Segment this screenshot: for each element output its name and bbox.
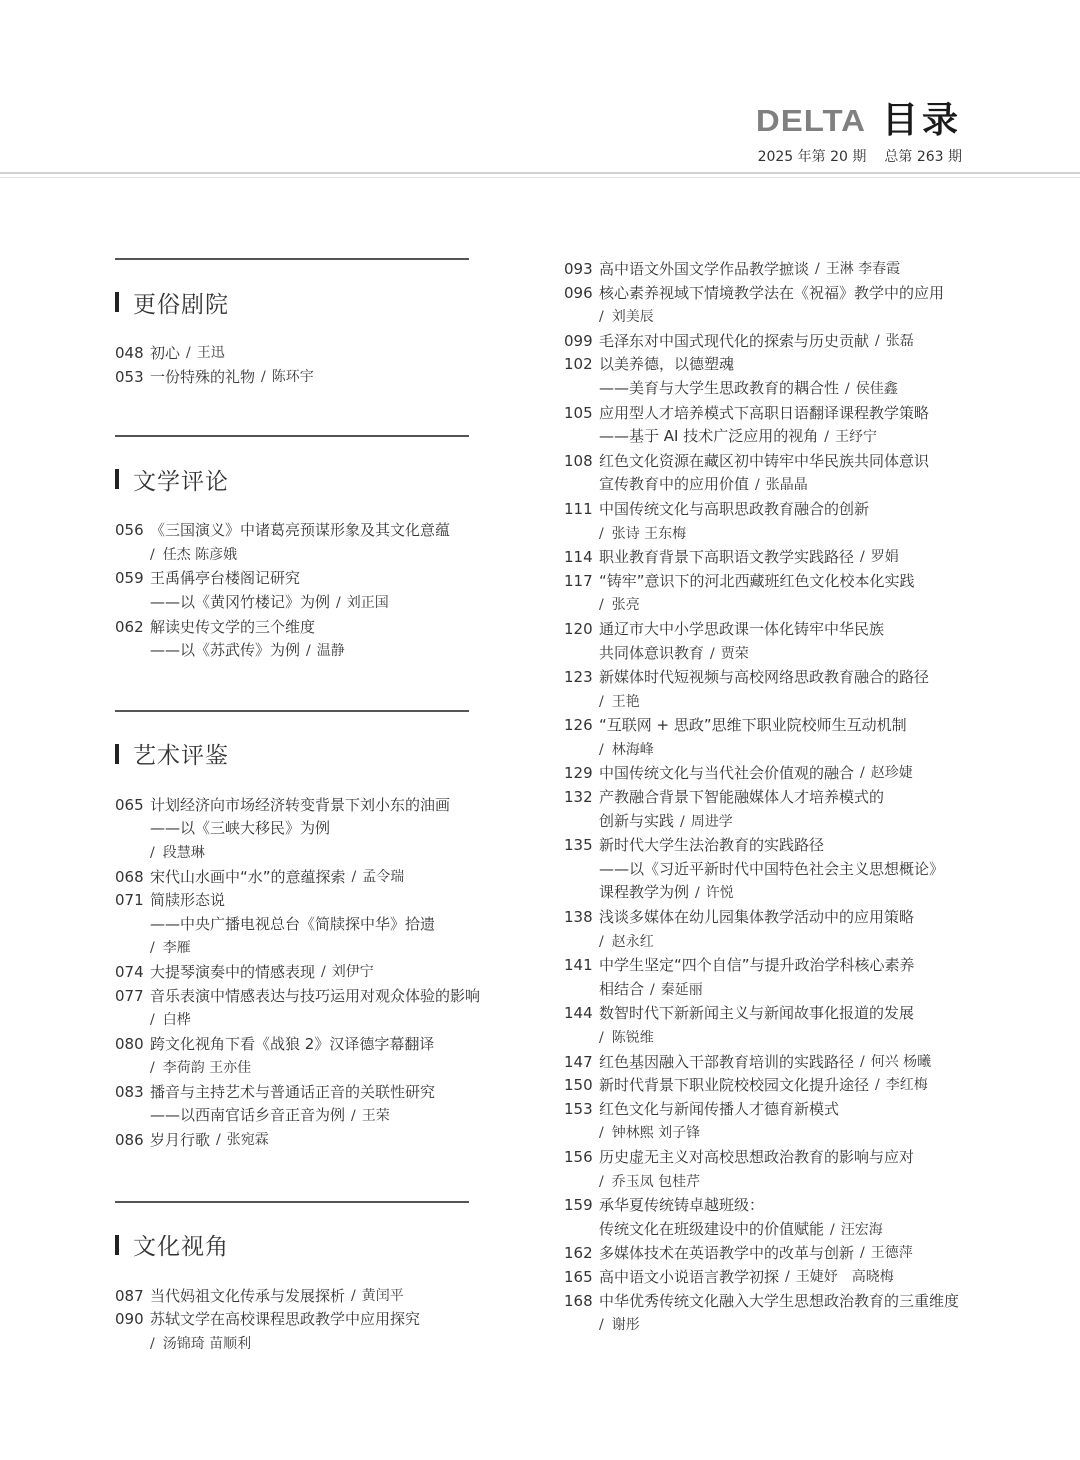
toc-entry[interactable]: 141中学生坚定“四个自信”与提升政治学科核心素养相结合/秦延丽 [564, 954, 984, 1002]
page-number: 087 [115, 1285, 150, 1309]
page-number: 090 [115, 1308, 150, 1332]
entry-title-continued: ——以西南官话乡音正音为例 [150, 1106, 345, 1124]
author-separator: / [599, 742, 604, 758]
entry-first-line: 093高中语文外国文学作品教学摭谈/王淋 李春霞 [564, 258, 984, 282]
author-separator: / [336, 595, 341, 611]
author-separator: / [824, 429, 829, 445]
entry-title-continued: ——基于 AI 技术广泛应用的视角 [599, 427, 818, 445]
author-separator: / [321, 961, 326, 985]
page-number: 056 [115, 519, 150, 543]
entry-author: 林海峰 [612, 742, 654, 758]
toc-entry[interactable]: 123新媒体时代短视频与高校网络思政教育融合的路径/王艳 [564, 666, 984, 714]
page-number: 048 [115, 342, 150, 366]
toc-entry[interactable]: 086岁月行歌/张宛霖 [115, 1129, 469, 1153]
section-title: 文学评论 [133, 463, 229, 496]
delta-logo: DELTA [756, 105, 866, 135]
section-entries: 087当代妈祖文化传承与发展探析/黄闰平090苏轼文学在高校课程思政教学中应用探… [115, 1285, 469, 1357]
entry-author-line: /赵永红 [564, 930, 984, 955]
author-separator: / [860, 1242, 865, 1266]
toc-entry[interactable]: 048初心/王迅 [115, 342, 469, 366]
section-title: 文化视角 [133, 1228, 229, 1261]
entry-title: 中国传统文化与当代社会价值观的融合 [599, 762, 854, 786]
entry-author-line: /白桦 [115, 1008, 469, 1033]
entry-author: 贾荣 [721, 646, 749, 662]
entry-author: 张晶晶 [766, 477, 808, 493]
toc-entry[interactable]: 062解读史传文学的三个维度——以《苏武传》为例/温静 [115, 616, 469, 664]
entry-author: 王婕妤 高晓梅 [796, 1266, 894, 1290]
entry-title-continued: 相结合 [599, 980, 644, 998]
page-number: 111 [564, 498, 599, 522]
author-separator: / [599, 1030, 604, 1046]
entry-author: 孟令瑞 [362, 866, 404, 890]
entry-title: 王禹偁亭台楼阁记研究 [150, 567, 300, 591]
entry-author: 段慧琳 [163, 845, 205, 861]
toc-entry[interactable]: 120通辽市大中小学思政课一体化铸牢中华民族共同体意识教育/贾荣 [564, 618, 984, 666]
page-number: 123 [564, 666, 599, 690]
toc-entry[interactable]: 077音乐表演中情感表达与技巧运用对观众体验的影响/白桦 [115, 985, 469, 1033]
entry-author-line: /乔玉凤 包桂芹 [564, 1170, 984, 1195]
entry-first-line: 129中国传统文化与当代社会价值观的融合/赵珍婕 [564, 762, 984, 786]
entry-first-line: 062解读史传文学的三个维度 [115, 616, 469, 640]
author-separator: / [261, 366, 266, 390]
entry-title: 浅谈多媒体在幼儿园集体教学活动中的应用策略 [599, 906, 914, 930]
entry-title: 大提琴演奏中的情感表现 [150, 961, 315, 985]
section-divider [115, 435, 469, 437]
page-number: 132 [564, 786, 599, 810]
entry-title: “铸牢”意识下的河北西藏班红色文化校本化实践 [599, 570, 915, 594]
entry-author: 张诗 王东梅 [612, 526, 686, 542]
entry-title: 计划经济向市场经济转变背景下刘小东的油画 [150, 794, 450, 818]
toc-entry[interactable]: 129中国传统文化与当代社会价值观的融合/赵珍婕 [564, 762, 984, 786]
entry-subtitle: 宣传教育中的应用价值/张晶晶 [564, 473, 984, 498]
page-number: 150 [564, 1074, 599, 1098]
entry-title: 历史虚无主义对高校思想政治教育的影响与应对 [599, 1146, 914, 1170]
author-separator: / [150, 1012, 155, 1028]
toc-entry[interactable]: 074大提琴演奏中的情感表现/刘伊宁 [115, 961, 469, 985]
author-separator: / [599, 934, 604, 950]
entry-title: 苏轼文学在高校课程思政教学中应用探究 [150, 1308, 420, 1332]
entry-author: 侯佳鑫 [856, 381, 898, 397]
entry-title: 简牍形态说 [150, 889, 225, 913]
entry-subtitle: ——基于 AI 技术广泛应用的视角/王纾宁 [564, 425, 984, 450]
entry-author: 任杰 陈彦娥 [163, 547, 237, 563]
entry-first-line: 059王禹偁亭台楼阁记研究 [115, 567, 469, 591]
page-number: 086 [115, 1129, 150, 1153]
entry-author: 李荷韵 王亦佳 [163, 1060, 251, 1076]
toc-entry[interactable]: 132产教融合背景下智能融媒体人才培养模式的创新与实践/周进学 [564, 786, 984, 834]
entry-first-line: 123新媒体时代短视频与高校网络思政教育融合的路径 [564, 666, 984, 690]
entry-author-line: /张诗 王东梅 [564, 522, 984, 547]
toc-entry[interactable]: 159承华夏传统铸卓越班级：传统文化在班级建设中的价值赋能/汪宏海 [564, 1194, 984, 1242]
entry-author: 黄闰平 [362, 1285, 404, 1309]
entry-subtitle: ——以西南官话乡音正音为例/王荣 [115, 1104, 469, 1129]
entry-title: 多媒体技术在英语教学中的改革与创新 [599, 1242, 854, 1266]
author-separator: / [599, 597, 604, 613]
entry-subtitle: ——以《黄冈竹楼记》为例/刘正国 [115, 591, 469, 616]
author-separator: / [150, 845, 155, 861]
entry-author: 刘正国 [347, 595, 389, 611]
page-number: 156 [564, 1146, 599, 1170]
author-separator: / [306, 643, 311, 659]
entry-author: 汤锦琦 苗顺利 [163, 1336, 251, 1352]
toc-entry[interactable]: 162多媒体技术在英语教学中的改革与创新/王德萍 [564, 1242, 984, 1266]
entry-author-line: /陈锐维 [564, 1026, 984, 1051]
page-number: 138 [564, 906, 599, 930]
entry-author-line: /李荷韵 王亦佳 [115, 1056, 469, 1081]
issue-number: 2025 年第 20 期 [758, 149, 867, 165]
page-number: 105 [564, 402, 599, 426]
entry-author: 温静 [317, 643, 345, 659]
entry-title-continued: ——以《三峡大移民》为例 [150, 819, 330, 837]
toc-entry[interactable]: 126“互联网 + 思政”思维下职业院校师生互动机制/林海峰 [564, 714, 984, 762]
section-marker-bar [115, 744, 119, 764]
author-separator: / [599, 694, 604, 710]
page-number: 129 [564, 762, 599, 786]
toc-entry[interactable]: 114职业教育背景下高职语文教学实践路径/罗娟 [564, 546, 984, 570]
page-number: 077 [115, 985, 150, 1009]
toc-entry[interactable]: 080跨文化视角下看《战狼 2》汉译德字幕翻译/李荷韵 王亦佳 [115, 1033, 469, 1081]
entry-first-line: 048初心/王迅 [115, 342, 469, 366]
entry-author-line: /王艳 [564, 690, 984, 715]
entry-author: 刘美辰 [612, 309, 654, 325]
toc-left-column: 更俗剧院048初心/王迅053一份特殊的礼物/陈环宇文学评论056《三国演义》中… [115, 258, 469, 1356]
entry-author-line: /段慧琳 [115, 841, 469, 866]
page-number: 102 [564, 353, 599, 377]
entry-title: 初心 [150, 342, 180, 366]
author-separator: / [710, 646, 715, 662]
toc-entry[interactable]: 135新时代大学生法治教育的实践路径——以《习近平新时代中国特色社会主义思想概论… [564, 834, 984, 906]
entry-title: 承华夏传统铸卓越班级： [599, 1194, 764, 1218]
header-divider [0, 172, 1080, 178]
entry-author: 张亮 [612, 597, 640, 613]
entry-author: 何兴 杨曦 [871, 1051, 931, 1075]
total-issue-number: 总第 263 期 [884, 149, 962, 165]
entry-title: 以美养德，以德塑魂 [599, 353, 734, 377]
entry-first-line: 068宋代山水画中“水”的意蕴探索/孟令瑞 [115, 866, 469, 890]
entry-title: 播音与主持艺术与普通话正音的关联性研究 [150, 1081, 435, 1105]
author-separator: / [785, 1266, 790, 1290]
entry-first-line: 144数智时代下新新闻主义与新闻故事化报道的发展 [564, 1002, 984, 1026]
entry-title-continued: ——以《苏武传》为例 [150, 641, 300, 659]
author-separator: / [860, 762, 865, 786]
toc-entry[interactable]: 083播音与主持艺术与普通话正音的关联性研究——以西南官话乡音正音为例/王荣 [115, 1081, 469, 1129]
entry-author: 周进学 [691, 814, 733, 830]
author-separator: / [860, 1051, 865, 1075]
toc-entry[interactable]: 068宋代山水画中“水”的意蕴探索/孟令瑞 [115, 866, 469, 890]
entry-title: 音乐表演中情感表达与技巧运用对观众体验的影响 [150, 985, 480, 1009]
entry-author-line: /谢彤 [564, 1313, 984, 1338]
entry-title-continued: 课程教学为例 [599, 883, 689, 901]
page-number: 120 [564, 618, 599, 642]
entry-first-line: 117“铸牢”意识下的河北西藏班红色文化校本化实践 [564, 570, 984, 594]
entry-author-line: /汤锦琦 苗顺利 [115, 1332, 469, 1357]
entry-title: 岁月行歌 [150, 1129, 210, 1153]
entry-title-continued: ——以《习近平新时代中国特色社会主义思想概论》 [599, 860, 944, 878]
entry-author: 李红梅 [886, 1074, 928, 1098]
page-number: 162 [564, 1242, 599, 1266]
entry-author-line: /李雁 [115, 936, 469, 961]
toc-entry[interactable]: 053一份特殊的礼物/陈环宇 [115, 366, 469, 390]
entry-first-line: 147红色基因融入干部教育培训的实践路径/何兴 杨曦 [564, 1051, 984, 1075]
entry-title: 解读史传文学的三个维度 [150, 616, 315, 640]
entry-subtitle: ——以《三峡大移民》为例 [115, 817, 469, 841]
entry-first-line: 074大提琴演奏中的情感表现/刘伊宁 [115, 961, 469, 985]
entry-author: 张磊 [886, 330, 914, 354]
entry-first-line: 083播音与主持艺术与普通话正音的关联性研究 [115, 1081, 469, 1105]
entry-first-line: 071简牍形态说 [115, 889, 469, 913]
entry-first-line: 165高中语文小说语言教学初探/王婕妤 高晓梅 [564, 1266, 984, 1290]
entry-author-line: /林海峰 [564, 738, 984, 763]
author-separator: / [150, 1060, 155, 1076]
entry-title: 跨文化视角下看《战狼 2》汉译德字幕翻译 [150, 1033, 434, 1057]
author-separator: / [150, 940, 155, 956]
entry-subtitle: 相结合/秦延丽 [564, 978, 984, 1003]
toc-entry[interactable]: 150新时代背景下职业院校校园文化提升途径/李红梅 [564, 1074, 984, 1098]
entry-first-line: 141中学生坚定“四个自信”与提升政治学科核心素养 [564, 954, 984, 978]
toc-entry[interactable]: 071简牍形态说——中央广播电视总台《简牍探中华》拾遗/李雁 [115, 889, 469, 961]
section-header: 艺术评鉴 [115, 740, 469, 768]
entry-title-continued: 传统文化在班级建设中的价值赋能 [599, 1220, 824, 1238]
entry-title: 新时代背景下职业院校校园文化提升途径 [599, 1074, 869, 1098]
entry-author: 白桦 [163, 1012, 191, 1028]
entry-subtitle: ——以《苏武传》为例/温静 [115, 639, 469, 664]
author-separator: / [599, 309, 604, 325]
entry-first-line: 159承华夏传统铸卓越班级： [564, 1194, 984, 1218]
entry-author: 王纾宁 [835, 429, 877, 445]
author-separator: / [875, 1074, 880, 1098]
page-number: 108 [564, 450, 599, 474]
entry-title: 新时代大学生法治教育的实践路径 [599, 834, 824, 858]
entry-title: 红色基因融入干部教育培训的实践路径 [599, 1051, 854, 1075]
toc-section: 艺术评鉴065计划经济向市场经济转变背景下刘小东的油画——以《三峡大移民》为例/… [115, 710, 469, 1153]
author-separator: / [351, 1285, 356, 1309]
section-header: 文化视角 [115, 1231, 469, 1259]
entry-first-line: 132产教融合背景下智能融媒体人才培养模式的 [564, 786, 984, 810]
entry-first-line: 065计划经济向市场经济转变背景下刘小东的油画 [115, 794, 469, 818]
author-separator: / [845, 381, 850, 397]
entry-author: 王迅 [197, 342, 225, 366]
entry-author-line: /任杰 陈彦娥 [115, 543, 469, 568]
entry-author: 李雁 [163, 940, 191, 956]
toc-entry[interactable]: 105应用型人才培养模式下高职日语翻译课程教学策略——基于 AI 技术广泛应用的… [564, 402, 984, 450]
toc-entry[interactable]: 056《三国演义》中诸葛亮预谋形象及其文化意蕴/任杰 陈彦娥 [115, 519, 469, 567]
page-number: 074 [115, 961, 150, 985]
entry-first-line: 090苏轼文学在高校课程思政教学中应用探究 [115, 1308, 469, 1332]
entry-author-line: /张亮 [564, 593, 984, 618]
entry-author: 赵珍婕 [871, 762, 913, 786]
entry-title: 职业教育背景下高职语文教学实践路径 [599, 546, 854, 570]
entry-subtitle: 课程教学为例/许悦 [564, 881, 984, 906]
entry-title-continued: ——中央广播电视总台《简牍探中华》拾遗 [150, 915, 435, 933]
toc-entry[interactable]: 093高中语文外国文学作品教学摭谈/王淋 李春霞 [564, 258, 984, 282]
entry-author: 赵永红 [612, 934, 654, 950]
entry-title: 应用型人才培养模式下高职日语翻译课程教学策略 [599, 402, 929, 426]
entry-author: 王德萍 [871, 1242, 913, 1266]
entry-first-line: 114职业教育背景下高职语文教学实践路径/罗娟 [564, 546, 984, 570]
page-number: 099 [564, 330, 599, 354]
toc-entry[interactable]: 156历史虚无主义对高校思想政治教育的影响与应对/乔玉凤 包桂芹 [564, 1146, 984, 1194]
entry-first-line: 153红色文化与新闻传播人才德育新模式 [564, 1098, 984, 1122]
toc-entry[interactable]: 144数智时代下新新闻主义与新闻故事化报道的发展/陈锐维 [564, 1002, 984, 1050]
toc-entry[interactable]: 059王禹偁亭台楼阁记研究——以《黄冈竹楼记》为例/刘正国 [115, 567, 469, 615]
toc-entry[interactable]: 108红色文化资源在藏区初中铸牢中华民族共同体意识宣传教育中的应用价值/张晶晶 [564, 450, 984, 498]
entry-first-line: 108红色文化资源在藏区初中铸牢中华民族共同体意识 [564, 450, 984, 474]
entry-author: 乔玉凤 包桂芹 [612, 1174, 700, 1190]
entry-title: 通辽市大中小学思政课一体化铸牢中华民族 [599, 618, 884, 642]
entry-title: 中华优秀传统文化融入大学生思想政治教育的三重维度 [599, 1290, 959, 1314]
masthead: DELTA 目录 [756, 102, 962, 138]
page-number: 153 [564, 1098, 599, 1122]
entry-title-continued: 共同体意识教育 [599, 644, 704, 662]
page-number: 080 [115, 1033, 150, 1057]
toc-entry[interactable]: 102以美养德，以德塑魂——美育与大学生思政教育的耦合性/侯佳鑫 [564, 353, 984, 401]
entry-author: 王艳 [612, 694, 640, 710]
toc-entry[interactable]: 147红色基因融入干部教育培训的实践路径/何兴 杨曦 [564, 1051, 984, 1075]
entry-title: 中国传统文化与高职思政教育融合的创新 [599, 498, 869, 522]
page-number: 135 [564, 834, 599, 858]
entry-first-line: 156历史虚无主义对高校思想政治教育的影响与应对 [564, 1146, 984, 1170]
entry-author-line: /刘美辰 [564, 305, 984, 330]
entry-subtitle: ——中央广播电视总台《简牍探中华》拾遗 [115, 913, 469, 937]
page-number: 168 [564, 1290, 599, 1314]
page-number: 059 [115, 567, 150, 591]
toc-entry[interactable]: 138浅谈多媒体在幼儿园集体教学活动中的应用策略/赵永红 [564, 906, 984, 954]
entry-subtitle: 创新与实践/周进学 [564, 810, 984, 835]
entry-first-line: 168中华优秀传统文化融入大学生思想政治教育的三重维度 [564, 1290, 984, 1314]
entry-first-line: 086岁月行歌/张宛霖 [115, 1129, 469, 1153]
section-header: 文学评论 [115, 465, 469, 493]
page-number: 093 [564, 258, 599, 282]
page-number: 117 [564, 570, 599, 594]
author-separator: / [599, 1125, 604, 1141]
entry-author: 汪宏海 [841, 1222, 883, 1238]
entry-author: 罗娟 [871, 546, 899, 570]
entry-title-continued: ——以《黄冈竹楼记》为例 [150, 593, 330, 611]
entry-title: 新媒体时代短视频与高校网络思政教育融合的路径 [599, 666, 929, 690]
entry-first-line: 102以美养德，以德塑魂 [564, 353, 984, 377]
section-title: 更俗剧院 [133, 286, 229, 319]
entry-title: 当代妈祖文化传承与发展探析 [150, 1285, 345, 1309]
entry-first-line: 105应用型人才培养模式下高职日语翻译课程教学策略 [564, 402, 984, 426]
section-header: 更俗剧院 [115, 288, 469, 316]
author-separator: / [650, 982, 655, 998]
toc-entry[interactable]: 065计划经济向市场经济转变背景下刘小东的油画——以《三峡大移民》为例/段慧琳 [115, 794, 469, 866]
entry-title: “互联网 + 思政”思维下职业院校师生互动机制 [599, 714, 907, 738]
author-separator: / [352, 866, 357, 890]
page-number: 096 [564, 282, 599, 306]
toc-right-column: 093高中语文外国文学作品教学摭谈/王淋 李春霞096核心素养视域下情境教学法在… [564, 258, 984, 1338]
entry-first-line: 111中国传统文化与高职思政教育融合的创新 [564, 498, 984, 522]
entry-author: 许悦 [706, 885, 734, 901]
entry-subtitle: 共同体意识教育/贾荣 [564, 642, 984, 667]
author-separator: / [755, 477, 760, 493]
entry-author: 陈环宇 [272, 366, 314, 390]
section-divider [115, 1201, 469, 1203]
entry-first-line: 096核心素养视域下情境教学法在《祝福》教学中的应用 [564, 282, 984, 306]
section-entries: 048初心/王迅053一份特殊的礼物/陈环宇 [115, 342, 469, 389]
toc-entry[interactable]: 096核心素养视域下情境教学法在《祝福》教学中的应用/刘美辰 [564, 282, 984, 330]
page-number: 065 [115, 794, 150, 818]
page-number: 159 [564, 1194, 599, 1218]
page-number: 144 [564, 1002, 599, 1026]
entry-first-line: 080跨文化视角下看《战狼 2》汉译德字幕翻译 [115, 1033, 469, 1057]
entry-author: 刘伊宁 [332, 961, 374, 985]
issue-info: 2025 年第 20 期总第 263 期 [758, 146, 962, 166]
toc-entry[interactable]: 090苏轼文学在高校课程思政教学中应用探究/汤锦琦 苗顺利 [115, 1308, 469, 1356]
author-separator: / [860, 546, 865, 570]
toc-entry[interactable]: 099毛泽东对中国式现代化的探索与历史贡献/张磊 [564, 330, 984, 354]
entry-author: 钟林熙 刘子锋 [612, 1125, 700, 1141]
entry-title: 毛泽东对中国式现代化的探索与历史贡献 [599, 330, 869, 354]
author-separator: / [150, 547, 155, 563]
toc-entry[interactable]: 168中华优秀传统文化融入大学生思想政治教育的三重维度/谢彤 [564, 1290, 984, 1338]
author-separator: / [351, 1108, 356, 1124]
page-number: 147 [564, 1051, 599, 1075]
entry-author: 秦延丽 [661, 982, 703, 998]
entry-author: 王荣 [362, 1108, 390, 1124]
entry-title: 数智时代下新新闻主义与新闻故事化报道的发展 [599, 1002, 914, 1026]
page-number: 053 [115, 366, 150, 390]
entry-author: 张宛霖 [227, 1129, 269, 1153]
entry-subtitle: ——以《习近平新时代中国特色社会主义思想概论》 [564, 858, 984, 882]
entry-first-line: 120通辽市大中小学思政课一体化铸牢中华民族 [564, 618, 984, 642]
author-separator: / [150, 1336, 155, 1352]
page-number: 083 [115, 1081, 150, 1105]
toc-entry[interactable]: 087当代妈祖文化传承与发展探析/黄闰平 [115, 1285, 469, 1309]
entry-title: 核心素养视域下情境教学法在《祝福》教学中的应用 [599, 282, 944, 306]
section-entries: 056《三国演义》中诸葛亮预谋形象及其文化意蕴/任杰 陈彦娥059王禹偁亭台楼阁… [115, 519, 469, 664]
section-divider [115, 710, 469, 712]
page-title: 目录 [882, 102, 962, 138]
entry-title-continued: 宣传教育中的应用价值 [599, 475, 749, 493]
page-header: DELTA 目录 2025 年第 20 期总第 263 期 [0, 0, 1080, 180]
section-marker-bar [115, 292, 119, 312]
entry-title: 中学生坚定“四个自信”与提升政治学科核心素养 [599, 954, 915, 978]
entry-author: 王淋 李春霞 [826, 258, 900, 282]
author-separator: / [216, 1129, 221, 1153]
author-separator: / [830, 1222, 835, 1238]
toc-section: 文学评论056《三国演义》中诸葛亮预谋形象及其文化意蕴/任杰 陈彦娥059王禹偁… [115, 435, 469, 664]
page-number: 165 [564, 1266, 599, 1290]
author-separator: / [599, 1174, 604, 1190]
entry-author: 陈锐维 [612, 1030, 654, 1046]
toc-entry[interactable]: 111中国传统文化与高职思政教育融合的创新/张诗 王东梅 [564, 498, 984, 546]
entry-title: 宋代山水画中“水”的意蕴探索 [150, 866, 346, 890]
entry-first-line: 056《三国演义》中诸葛亮预谋形象及其文化意蕴 [115, 519, 469, 543]
entry-title: 红色文化与新闻传播人才德育新模式 [599, 1098, 839, 1122]
entry-first-line: 099毛泽东对中国式现代化的探索与历史贡献/张磊 [564, 330, 984, 354]
page-number: 126 [564, 714, 599, 738]
toc-entry[interactable]: 165高中语文小说语言教学初探/王婕妤 高晓梅 [564, 1266, 984, 1290]
entry-first-line: 138浅谈多媒体在幼儿园集体教学活动中的应用策略 [564, 906, 984, 930]
entry-author: 谢彤 [612, 1317, 640, 1333]
author-separator: / [875, 330, 880, 354]
section-title: 艺术评鉴 [133, 737, 229, 770]
author-separator: / [599, 1317, 604, 1333]
page-number: 114 [564, 546, 599, 570]
toc-entry[interactable]: 117“铸牢”意识下的河北西藏班红色文化校本化实践/张亮 [564, 570, 984, 618]
entry-subtitle: 传统文化在班级建设中的价值赋能/汪宏海 [564, 1218, 984, 1243]
entry-title-continued: ——美育与大学生思政教育的耦合性 [599, 379, 839, 397]
toc-entry[interactable]: 153红色文化与新闻传播人才德育新模式/钟林熙 刘子锋 [564, 1098, 984, 1146]
section-divider [115, 258, 469, 260]
entry-title: 高中语文小说语言教学初探 [599, 1266, 779, 1290]
entry-first-line: 126“互联网 + 思政”思维下职业院校师生互动机制 [564, 714, 984, 738]
section-entries: 065计划经济向市场经济转变背景下刘小东的油画——以《三峡大移民》为例/段慧琳0… [115, 794, 469, 1153]
entry-first-line: 162多媒体技术在英语教学中的改革与创新/王德萍 [564, 1242, 984, 1266]
entry-first-line: 053一份特殊的礼物/陈环宇 [115, 366, 469, 390]
entry-first-line: 077音乐表演中情感表达与技巧运用对观众体验的影响 [115, 985, 469, 1009]
